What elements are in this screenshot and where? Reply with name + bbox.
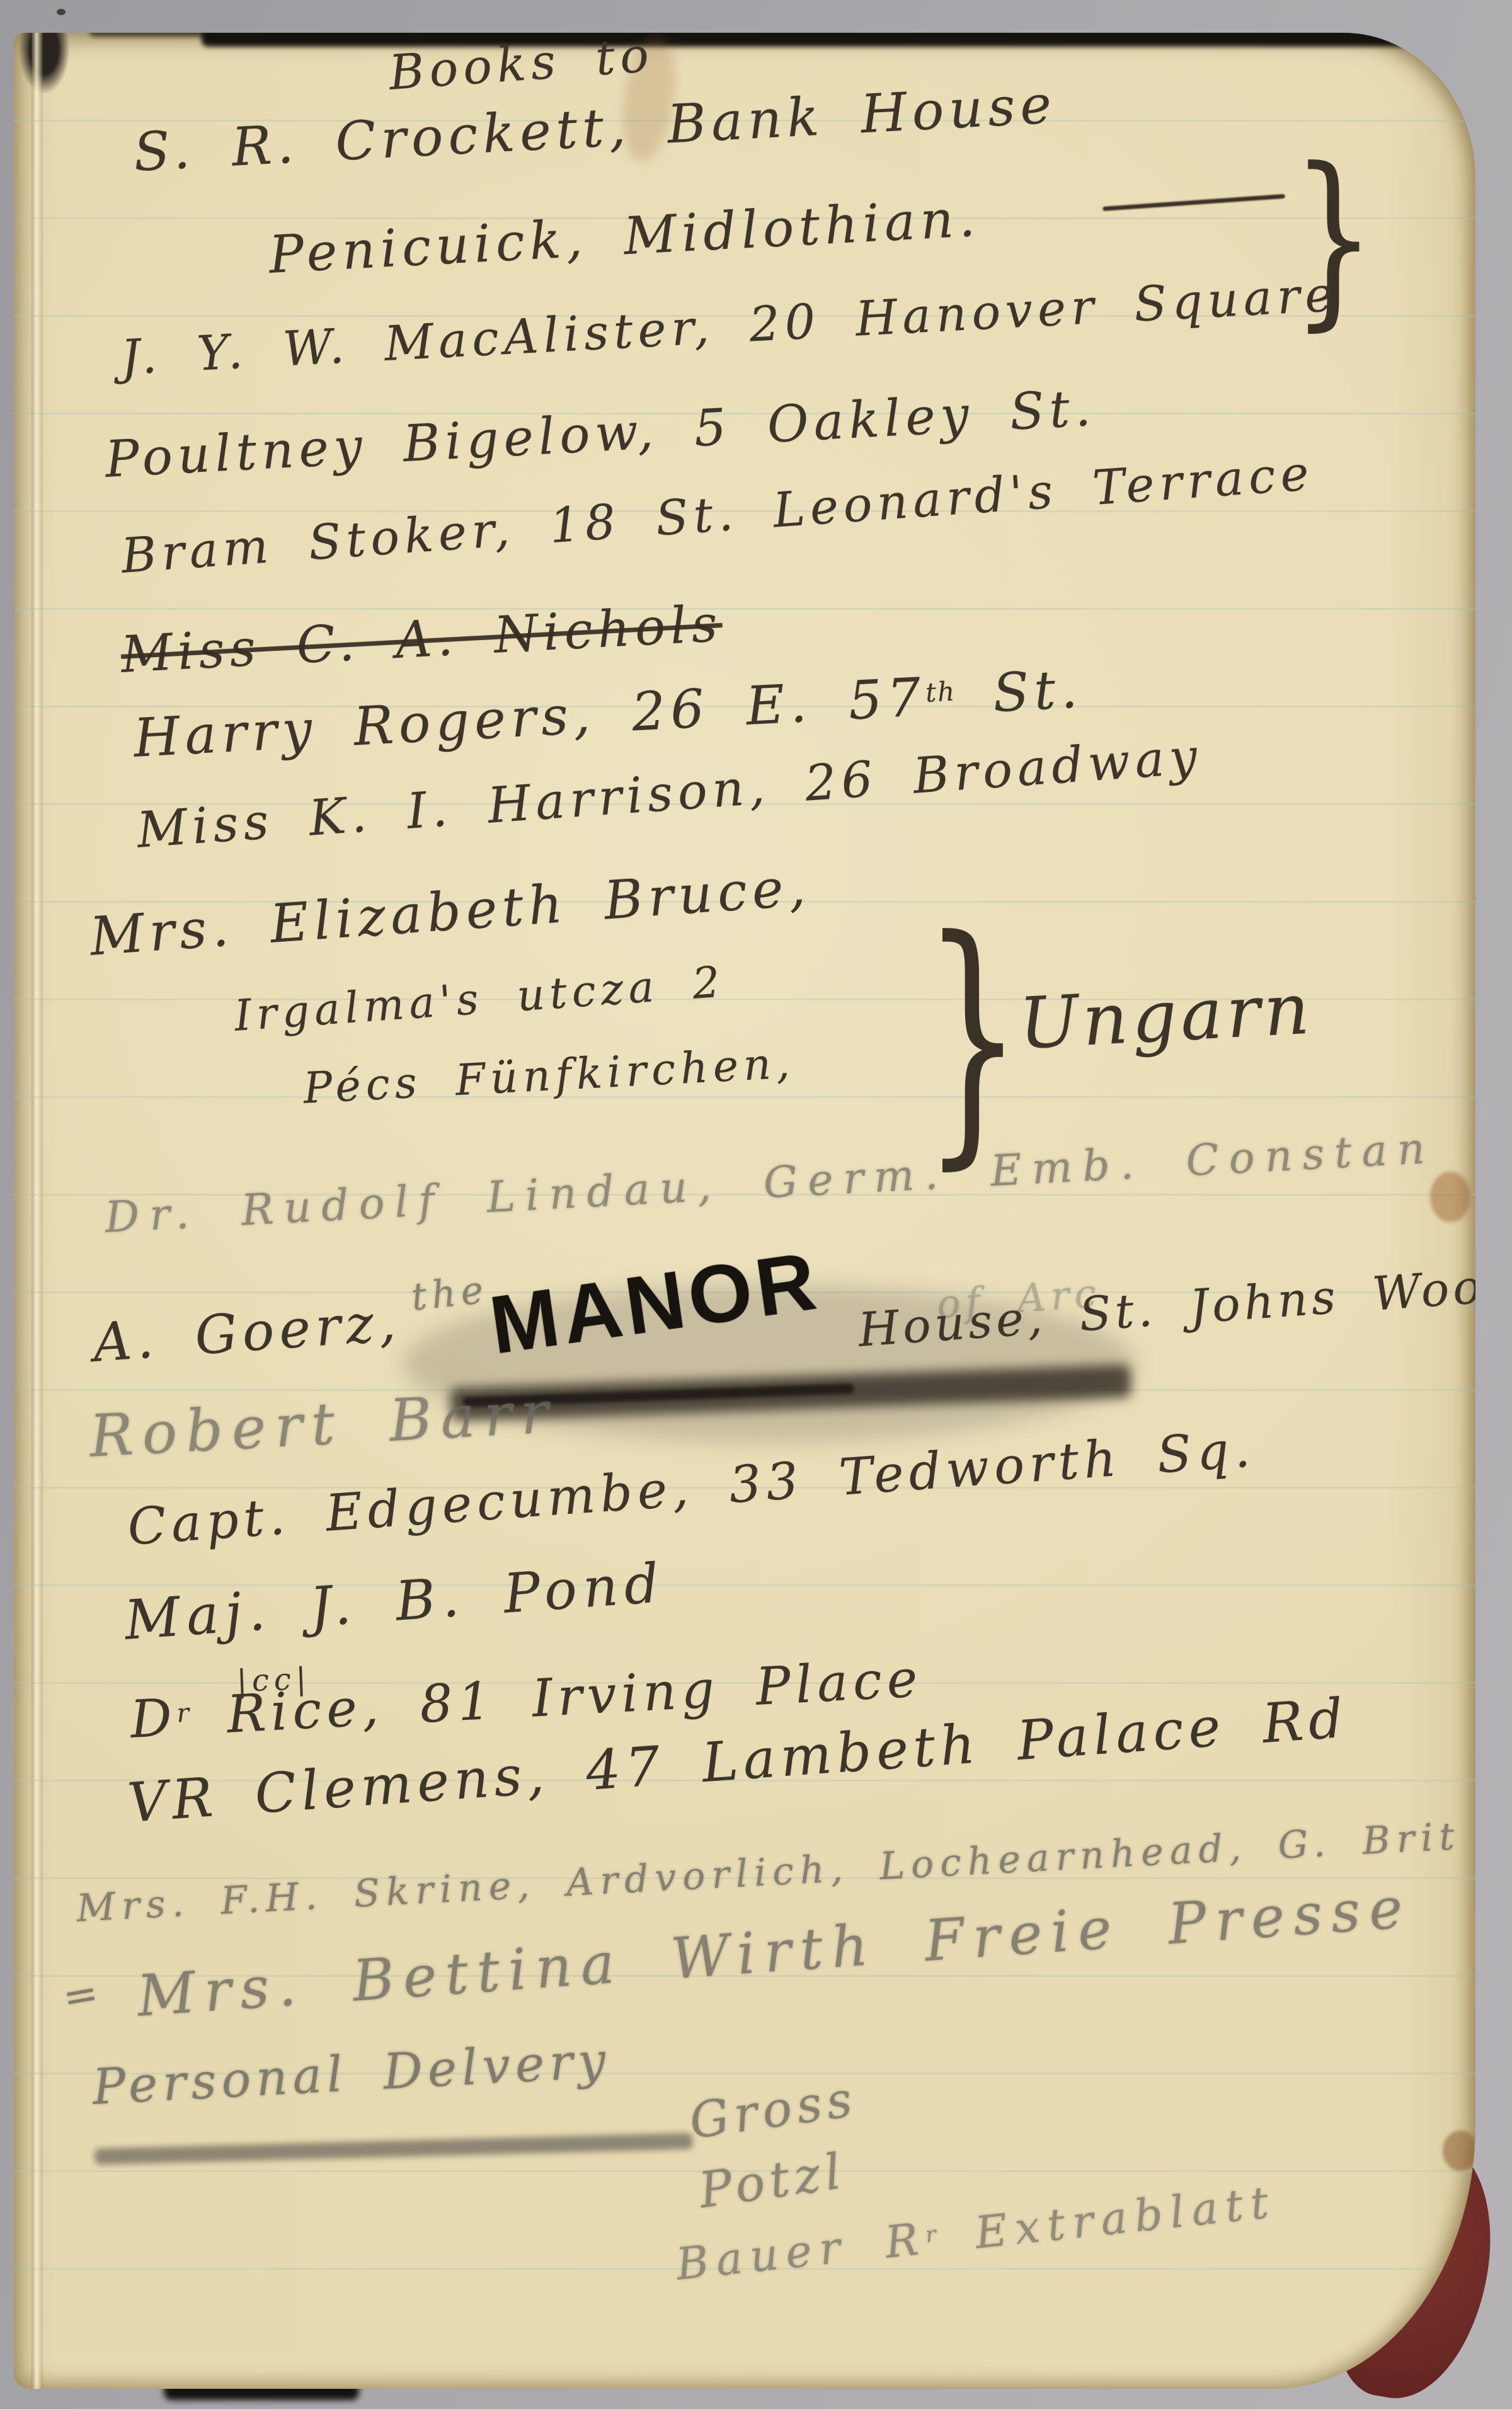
page-title: Books to (387, 33, 655, 97)
entry-rogers-street: St. (954, 658, 1084, 726)
overwrite-the: the (409, 1271, 490, 1316)
insert-mark: = (60, 1971, 106, 2019)
brace-ungarn: } (923, 926, 1022, 1151)
entry-rogers-ordinal: th (925, 676, 956, 708)
stain-right-edge (1430, 1172, 1470, 1222)
corner-tear-notch (19, 33, 69, 93)
stain-bottom-right (1443, 2131, 1475, 2171)
backdrop-speck (57, 9, 66, 15)
notebook-page: Books to S. R. Crockett, Bank House } Pe… (14, 33, 1475, 2389)
binding-edge-top-left (89, 33, 215, 37)
entry-ungarn: Ungarn (1017, 974, 1315, 1060)
entry-rice-initial: D (129, 1688, 179, 1750)
scan-backdrop: Books to S. R. Crockett, Bank House } Pe… (0, 0, 1512, 2409)
entry-rice-sup: r (176, 1697, 191, 1728)
